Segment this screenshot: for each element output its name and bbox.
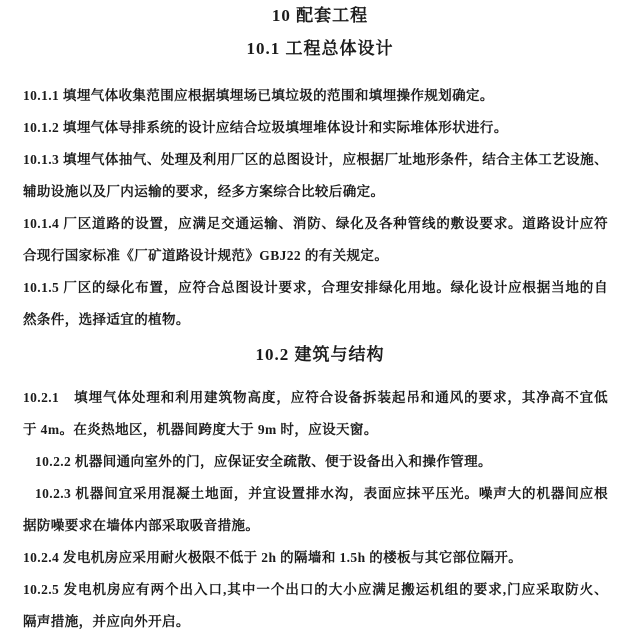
text-line: 然条件，选择适宜的植物。 [23,304,608,336]
section-title: 10.2 建筑与结构 [0,343,640,367]
section-paragraphs: 10.1.1 填埋气体收集范围应根据填埋场已填垃圾的范围和填埋操作规划确定。10… [23,80,608,336]
text-line: 10.1.4 厂区道路的设置，应满足交通运输、消防、绿化及各种管线的敷设要求。道… [23,208,608,240]
section-title: 10.1 工程总体设计 [0,37,640,61]
clause-paragraph: 10.2.2 机器间通向室外的门，应保证安全疏散、便于设备出入和操作管理。 [23,446,608,478]
text-line: 隔声措施，并应向外开启。 [23,606,608,637]
text-line: 10.2.5 发电机房应有两个出入口,其中一个出口的大小应满足搬运机组的要求,门… [23,574,608,606]
chapter-title: 10 配套工程 [0,4,640,28]
text-line: 辅助设施以及厂内运输的要求，经多方案综合比较后确定。 [23,176,608,208]
clause-paragraph: 10.2.5 发电机房应有两个出入口,其中一个出口的大小应满足搬运机组的要求,门… [23,574,608,637]
text-line: 10.1.2 填埋气体导排系统的设计应结合垃圾填埋堆体设计和实际堆体形状进行。 [23,112,608,144]
text-line: 10.1.1 填埋气体收集范围应根据填埋场已填垃圾的范围和填埋操作规划确定。 [23,80,608,112]
clause-paragraph: 10.1.5 厂区的绿化布置，应符合总图设计要求，合理安排绿化用地。绿化设计应根… [23,272,608,336]
section-paragraphs: 10.2.1 填埋气体处理和利用建筑物高度，应符合设备拆装起吊和通风的要求，其净… [23,382,608,637]
clause-paragraph: 10.2.4 发电机房应采用耐火极限不低于 2h 的隔墙和 1.5h 的楼板与其… [23,542,608,574]
document-body: 10.1 工程总体设计10.1.1 填埋气体收集范围应根据填埋场已填垃圾的范围和… [0,37,640,637]
clause-paragraph: 10.1.2 填埋气体导排系统的设计应结合垃圾填埋堆体设计和实际堆体形状进行。 [23,112,608,144]
text-line: 10.2.1 填埋气体处理和利用建筑物高度，应符合设备拆装起吊和通风的要求，其净… [23,382,608,414]
text-line: 10.2.2 机器间通向室外的门，应保证安全疏散、便于设备出入和操作管理。 [23,446,608,478]
clause-paragraph: 10.2.3 机器间宜采用混凝土地面，并宜设置排水沟，表面应抹平压光。噪声大的机… [23,478,608,542]
text-line: 10.2.3 机器间宜采用混凝土地面，并宜设置排水沟，表面应抹平压光。噪声大的机… [23,478,608,510]
text-line: 据防噪要求在墙体内部采取吸音措施。 [23,510,608,542]
text-line: 合现行国家标准《厂矿道路设计规范》GBJ22 的有关规定。 [23,240,608,272]
text-line: 10.1.3 填埋气体抽气、处理及利用厂区的总图设计，应根据厂址地形条件，结合主… [23,144,608,176]
clause-paragraph: 10.2.1 填埋气体处理和利用建筑物高度，应符合设备拆装起吊和通风的要求，其净… [23,382,608,446]
text-line: 于 4m。在炎热地区，机器间跨度大于 9m 时，应设天窗。 [23,414,608,446]
clause-paragraph: 10.1.4 厂区道路的设置，应满足交通运输、消防、绿化及各种管线的敷设要求。道… [23,208,608,272]
text-line: 10.2.4 发电机房应采用耐火极限不低于 2h 的隔墙和 1.5h 的楼板与其… [23,542,608,574]
document-page: 10 配套工程 10.1 工程总体设计10.1.1 填埋气体收集范围应根据填埋场… [0,0,640,637]
clause-paragraph: 10.1.3 填埋气体抽气、处理及利用厂区的总图设计，应根据厂址地形条件，结合主… [23,144,608,208]
text-line: 10.1.5 厂区的绿化布置，应符合总图设计要求，合理安排绿化用地。绿化设计应根… [23,272,608,304]
clause-paragraph: 10.1.1 填埋气体收集范围应根据填埋场已填垃圾的范围和填埋操作规划确定。 [23,80,608,112]
